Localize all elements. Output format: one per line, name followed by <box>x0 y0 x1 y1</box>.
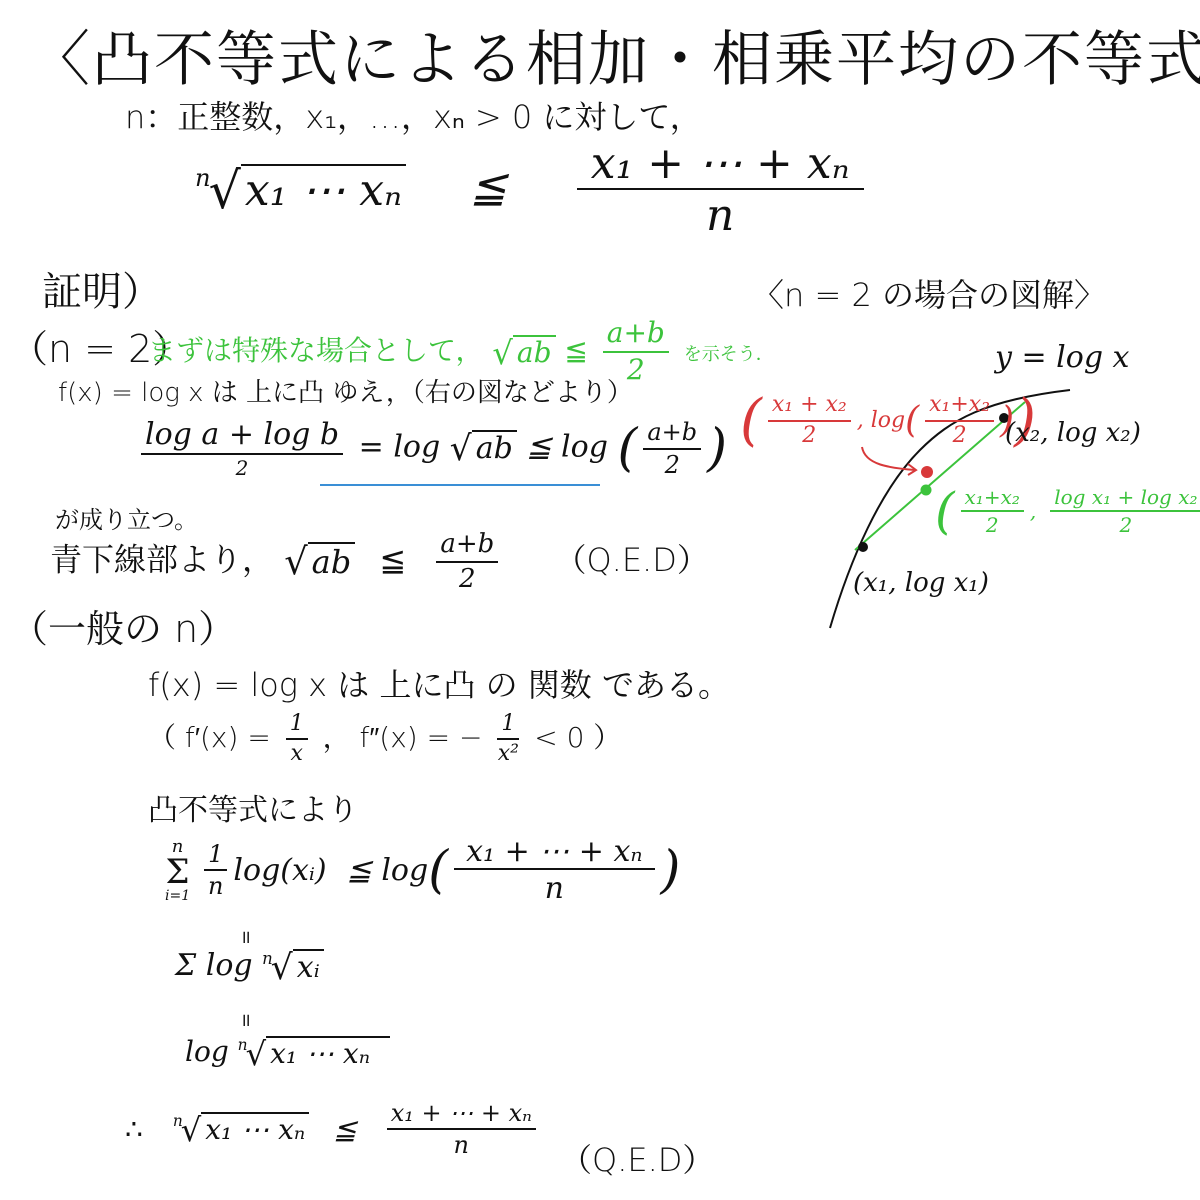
green-point <box>921 485 932 496</box>
green-point-label: ( x₁+x₂2 , log x₁ + log x₂2 ) <box>935 482 1200 540</box>
log-curve-figure <box>0 0 1200 1200</box>
point-1 <box>858 542 868 552</box>
red-point-label: ( x₁ + x₂2 , log ( x₁+x₂2 ) ) <box>740 388 1036 453</box>
red-point <box>921 466 933 478</box>
point-1-label: (x₁, log x₁) <box>853 568 989 598</box>
point-2-label: (x₂, log x₂) <box>1005 418 1141 448</box>
